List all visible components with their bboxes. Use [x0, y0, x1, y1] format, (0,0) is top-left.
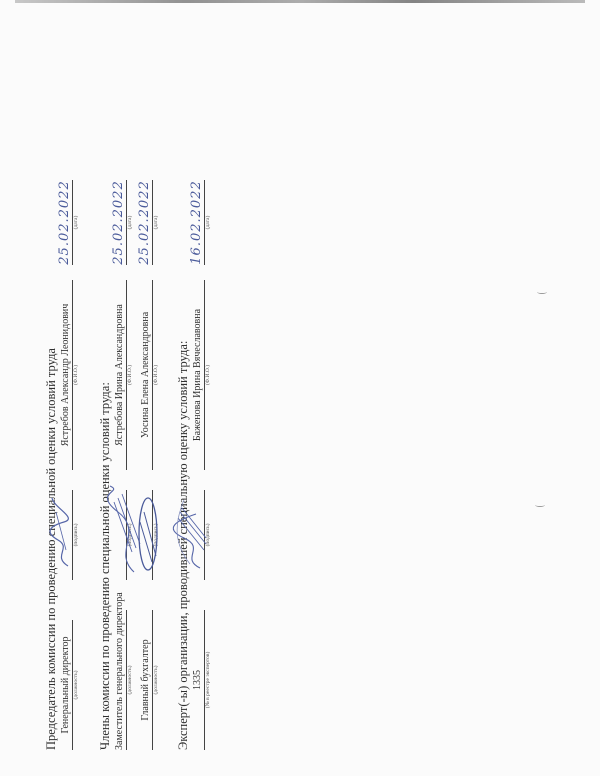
chairman-name-field: Ястребов Александр Леонидович (Ф.И.О.) — [60, 280, 80, 470]
member-2-position-field: Главный бухгалтер (должность) — [140, 610, 160, 750]
scan-speck — [537, 290, 547, 294]
member-1-signature-field: (подпись) — [114, 490, 134, 580]
member-1-date-field: 25.02.2022 (дата) — [111, 180, 134, 265]
member-2-name-field: Уосина Елена Александровна (Ф.И.О.) — [140, 280, 160, 470]
expert-name: Баженова Ирина Вячеславовна — [192, 280, 205, 470]
member-1-position: Заместитель генерального директора — [114, 610, 127, 750]
member-2-position: Главный бухгалтер — [140, 610, 153, 750]
expert-name-field: Баженова Ирина Вячеславовна (Ф.И.О.) — [192, 280, 212, 470]
position-caption: (должность) — [73, 620, 80, 750]
member-2-name: Уосина Елена Александровна — [140, 280, 153, 470]
members-title: Члены комиссии по проведению специальной… — [98, 382, 113, 750]
expert-date-field: 16.02.2022 (дата) — [189, 180, 212, 265]
chairman-date: 25.02.2022 — [57, 180, 73, 265]
member-1-name: Ястребова Ирина Александровна — [114, 280, 127, 470]
expert-date: 16.02.2022 — [189, 180, 205, 265]
scan-speck — [535, 503, 545, 507]
expert-signature-field: (подпись) — [192, 490, 212, 580]
signature-page: Председатель комиссии по проведению спец… — [30, 170, 230, 770]
date-caption: (дата) — [73, 180, 80, 265]
member-2-date: 25.02.2022 — [137, 180, 153, 265]
expert-registry-number: 1335 — [192, 610, 205, 750]
chairman-name: Ястребов Александр Леонидович — [60, 280, 73, 470]
chairman-title: Председатель комиссии по проведению спец… — [44, 348, 59, 750]
member-1-name-field: Ястребова Ирина Александровна (Ф.И.О.) — [114, 280, 134, 470]
signature-caption: (подпись) — [73, 490, 80, 580]
member-2-signature-field: (подпись) — [140, 490, 160, 580]
scan-edge — [15, 0, 585, 3]
member-2-date-field: 25.02.2022 (дата) — [137, 180, 160, 265]
member-1-position-field: Заместитель генерального директора (долж… — [114, 610, 134, 750]
chairman-signature-field: (подпись) — [60, 490, 80, 580]
chairman-date-field: 25.02.2022 (дата) — [57, 180, 80, 265]
experts-title: Эксперт(-ы) организации, проводившей спе… — [176, 341, 191, 750]
chairman-position: Генеральный директор — [60, 620, 73, 750]
expert-registry-field: 1335 (№ в реестре экспертов) — [192, 610, 212, 750]
chairman-position-field: Генеральный директор (должность) — [60, 620, 80, 750]
name-caption: (Ф.И.О.) — [73, 280, 80, 470]
member-1-date: 25.02.2022 — [111, 180, 127, 265]
